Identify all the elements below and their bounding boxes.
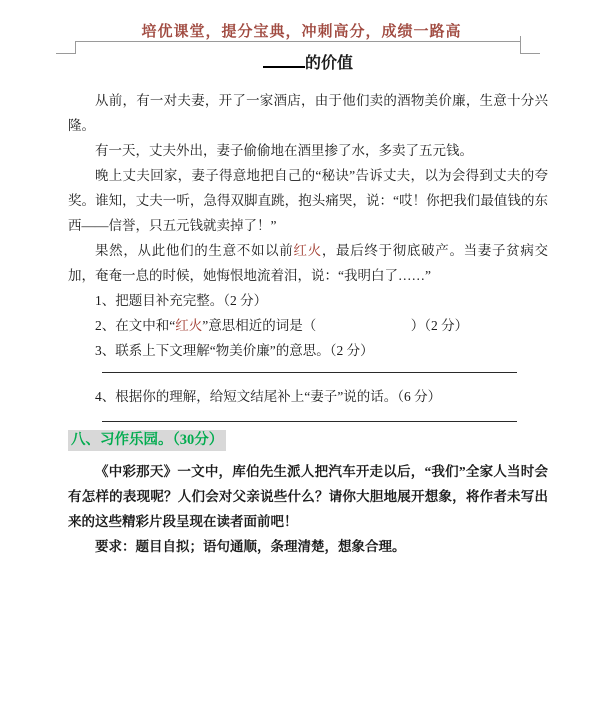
story-paragraph: 从前，有一对夫妻，开了一家酒店，由于他们卖的酒物美价廉，生意十分兴隆。: [68, 88, 548, 138]
story-p4-segment: 果然，从此他们的生意不如以前: [95, 243, 293, 258]
writing-requirements: 要求：题目自拟；语句通顺，条理清楚，想象合理。: [68, 534, 548, 559]
header-slogan: 培优课堂，提分宝典，冲刺高分，成绩一路高: [0, 20, 603, 41]
document-body: 的价值 从前，有一对夫妻，开了一家酒店，由于他们卖的酒物美价廉，生意十分兴隆。 …: [68, 52, 548, 559]
story-paragraph: 果然，从此他们的生意不如以前红火，最后终于彻底破产。当妻子贫病交加，奄奄一息的时…: [68, 238, 548, 288]
writing-section: 八、习作乐园。（30分） 《中彩那天》一文中，库伯先生派人把汽车开走以后，“我们…: [68, 422, 548, 559]
story-paragraph: 晚上丈夫回家，妻子得意地把自己的“秘诀”告诉丈夫，以为会得到丈夫的夸奖。谁知，丈…: [68, 163, 548, 238]
document-title: 的价值: [68, 52, 548, 76]
question-2-segment: ”意思相近的词是（ ）（2 分）: [202, 318, 468, 333]
question-4: 4、根据你的理解，给短文结尾补上“妻子”说的话。（6 分）: [68, 384, 548, 409]
question-2-keyword: 红火: [175, 318, 202, 333]
story-p4-keyword: 红火: [293, 243, 321, 258]
writing-section-heading: 八、习作乐园。（30分）: [68, 430, 226, 451]
document-page: 培优课堂，提分宝典，冲刺高分，成绩一路高 的价值 从前，有一对夫妻，开了一家酒店…: [0, 0, 603, 727]
answer-line[interactable]: [102, 372, 517, 373]
story-paragraph: 有一天，丈夫外出，妻子偷偷地在酒里掺了水，多卖了五元钱。: [68, 138, 548, 163]
question-3: 3、联系上下文理解“物美价廉”的意思。（2 分）: [68, 338, 548, 363]
question-2-segment: 2、在文中和“: [95, 318, 175, 333]
title-fill-in-blank[interactable]: [263, 52, 305, 68]
title-text: 的价值: [305, 55, 353, 72]
question-1: 1、把题目补充完整。（2 分）: [68, 288, 548, 313]
writing-prompt: 《中彩那天》一文中，库伯先生派人把汽车开走以后，“我们”全家人当时会有怎样的表现…: [68, 459, 548, 534]
question-2: 2、在文中和“红火”意思相近的词是（ ）（2 分）: [68, 313, 548, 338]
header-rule: [75, 41, 520, 42]
